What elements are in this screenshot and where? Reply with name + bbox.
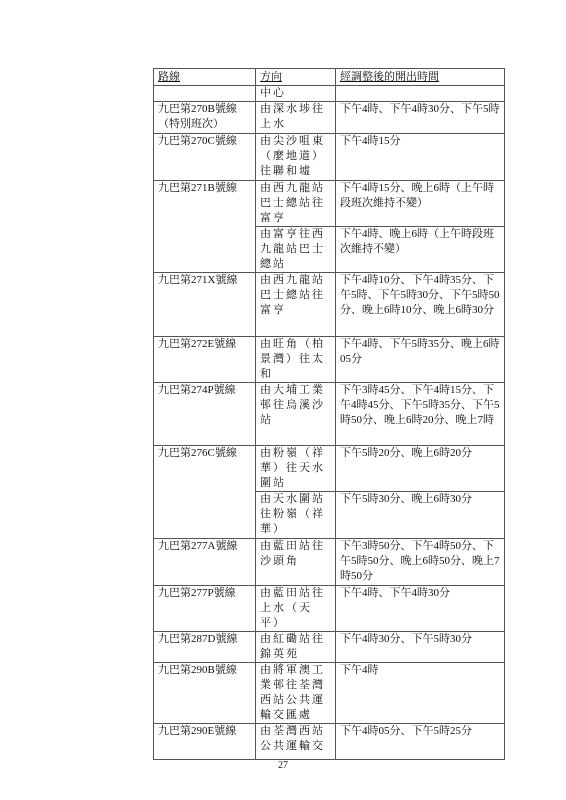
table-row: 九巴第271B號線由西九龍站巴士總站往富亨下午4時15分、晚上6時（上午時段班次… — [154, 181, 505, 227]
departure-times-cell: 下午4時15分 — [336, 134, 505, 181]
direction-cell: 由西九龍站巴士總站往富亨 — [256, 273, 336, 337]
departure-times-cell: 下午4時10分、下午4時35分、下午5時、下午5時30分、下午5時50分、晚上6… — [336, 273, 505, 337]
direction-cell: 由天水圍站往粉嶺（祥華） — [256, 492, 336, 539]
table-header-row: 路線 方向 經調整後的開出時間 — [154, 69, 505, 86]
direction-cell: 中心 — [256, 86, 336, 102]
route-cell: 九巴第270C號線 — [154, 134, 256, 181]
departure-times-cell: 下午4時、下午4時30分、下午5時 — [336, 102, 505, 134]
route-cell — [154, 86, 256, 102]
table-row: 九巴第271X號線由西九龍站巴士總站往富亨下午4時10分、下午4時35分、下午5… — [154, 273, 505, 337]
direction-cell: 由荃灣西站公共運輸交 — [256, 724, 336, 760]
departure-times-cell: 下午3時45分、下午4時15分、下午4時45分、下午5時35分、下午5時50分、… — [336, 383, 505, 446]
route-cell: 九巴第290B號線 — [154, 663, 256, 724]
table-row: 九巴第290E號線由荃灣西站公共運輸交下午4時05分、下午5時25分 — [154, 724, 505, 760]
table-body: 中心九巴第270B號線（特別班次）由深水埗往上水下午4時、下午4時30分、下午5… — [154, 86, 505, 760]
direction-cell: 由旺角（柏景灣）往太和 — [256, 337, 336, 383]
departure-times-cell: 下午4時15分、晚上6時（上午時段班次維持不變） — [336, 181, 505, 227]
route-cell: 九巴第276C號線 — [154, 446, 256, 539]
table-row: 九巴第276C號線由粉嶺（祥華）往天水圍站下午5時20分、晚上6時20分 — [154, 446, 505, 492]
departure-times-cell: 下午3時50分、下午4時50分、下午5時50分、晚上6時50分、晚上7時50分 — [336, 539, 505, 586]
direction-cell: 由粉嶺（祥華）往天水圍站 — [256, 446, 336, 492]
departure-times-cell: 下午4時、下午4時30分 — [336, 586, 505, 632]
table-row: 九巴第290B號線由將軍澳工業邨往荃灣西站公共運輸交匯處下午4時 — [154, 663, 505, 724]
header-departure-times: 經調整後的開出時間 — [336, 69, 505, 86]
document-page: 路線 方向 經調整後的開出時間 中心九巴第270B號線（特別班次）由深水埗往上水… — [0, 0, 566, 800]
route-cell: 九巴第270B號線（特別班次） — [154, 102, 256, 134]
table-row: 九巴第287D號線由紅磡站往錦英苑下午4時30分、下午5時30分 — [154, 632, 505, 663]
direction-cell: 由尖沙咀東（麼地道）往聯和墟 — [256, 134, 336, 181]
table-row: 九巴第270B號線（特別班次）由深水埗往上水下午4時、下午4時30分、下午5時 — [154, 102, 505, 134]
route-cell: 九巴第271X號線 — [154, 273, 256, 337]
route-cell: 九巴第274P號線 — [154, 383, 256, 446]
departure-times-cell: 下午4時、下午5時35分、晚上6時05分 — [336, 337, 505, 383]
direction-cell: 由藍田站往上水（天平） — [256, 586, 336, 632]
route-cell: 九巴第277P號線 — [154, 586, 256, 632]
direction-cell: 由紅磡站往錦英苑 — [256, 632, 336, 663]
bus-schedule-table: 路線 方向 經調整後的開出時間 中心九巴第270B號線（特別班次）由深水埗往上水… — [153, 68, 505, 760]
table-row: 九巴第277A號線由藍田站往沙頭角下午3時50分、下午4時50分、下午5時50分… — [154, 539, 505, 586]
table-row: 九巴第274P號線由大埔工業邨往烏溪沙站下午3時45分、下午4時15分、下午4時… — [154, 383, 505, 446]
departure-times-cell: 下午4時、晚上6時（上午時段班次維持不變） — [336, 227, 505, 273]
direction-cell: 由將軍澳工業邨往荃灣西站公共運輸交匯處 — [256, 663, 336, 724]
route-cell: 九巴第290E號線 — [154, 724, 256, 760]
departure-times-cell: 下午5時30分、晚上6時30分 — [336, 492, 505, 539]
page-number: 27 — [0, 760, 566, 771]
direction-cell: 由大埔工業邨往烏溪沙站 — [256, 383, 336, 446]
header-direction: 方向 — [256, 69, 336, 86]
direction-cell: 由富亨往西九龍站巴士總站 — [256, 227, 336, 273]
departure-times-cell — [336, 86, 505, 102]
direction-cell: 由藍田站往沙頭角 — [256, 539, 336, 586]
departure-times-cell: 下午4時30分、下午5時30分 — [336, 632, 505, 663]
route-cell: 九巴第272E號線 — [154, 337, 256, 383]
departure-times-cell: 下午5時20分、晚上6時20分 — [336, 446, 505, 492]
route-cell: 九巴第277A號線 — [154, 539, 256, 586]
table-row: 九巴第272E號線由旺角（柏景灣）往太和下午4時、下午5時35分、晚上6時05分 — [154, 337, 505, 383]
route-cell: 九巴第287D號線 — [154, 632, 256, 663]
header-route: 路線 — [154, 69, 256, 86]
table-row: 九巴第270C號線由尖沙咀東（麼地道）往聯和墟下午4時15分 — [154, 134, 505, 181]
table-row: 九巴第277P號線由藍田站往上水（天平）下午4時、下午4時30分 — [154, 586, 505, 632]
departure-times-cell: 下午4時05分、下午5時25分 — [336, 724, 505, 760]
direction-cell: 由深水埗往上水 — [256, 102, 336, 134]
departure-times-cell: 下午4時 — [336, 663, 505, 724]
direction-cell: 由西九龍站巴士總站往富亨 — [256, 181, 336, 227]
route-cell: 九巴第271B號線 — [154, 181, 256, 273]
table-row: 中心 — [154, 86, 505, 102]
